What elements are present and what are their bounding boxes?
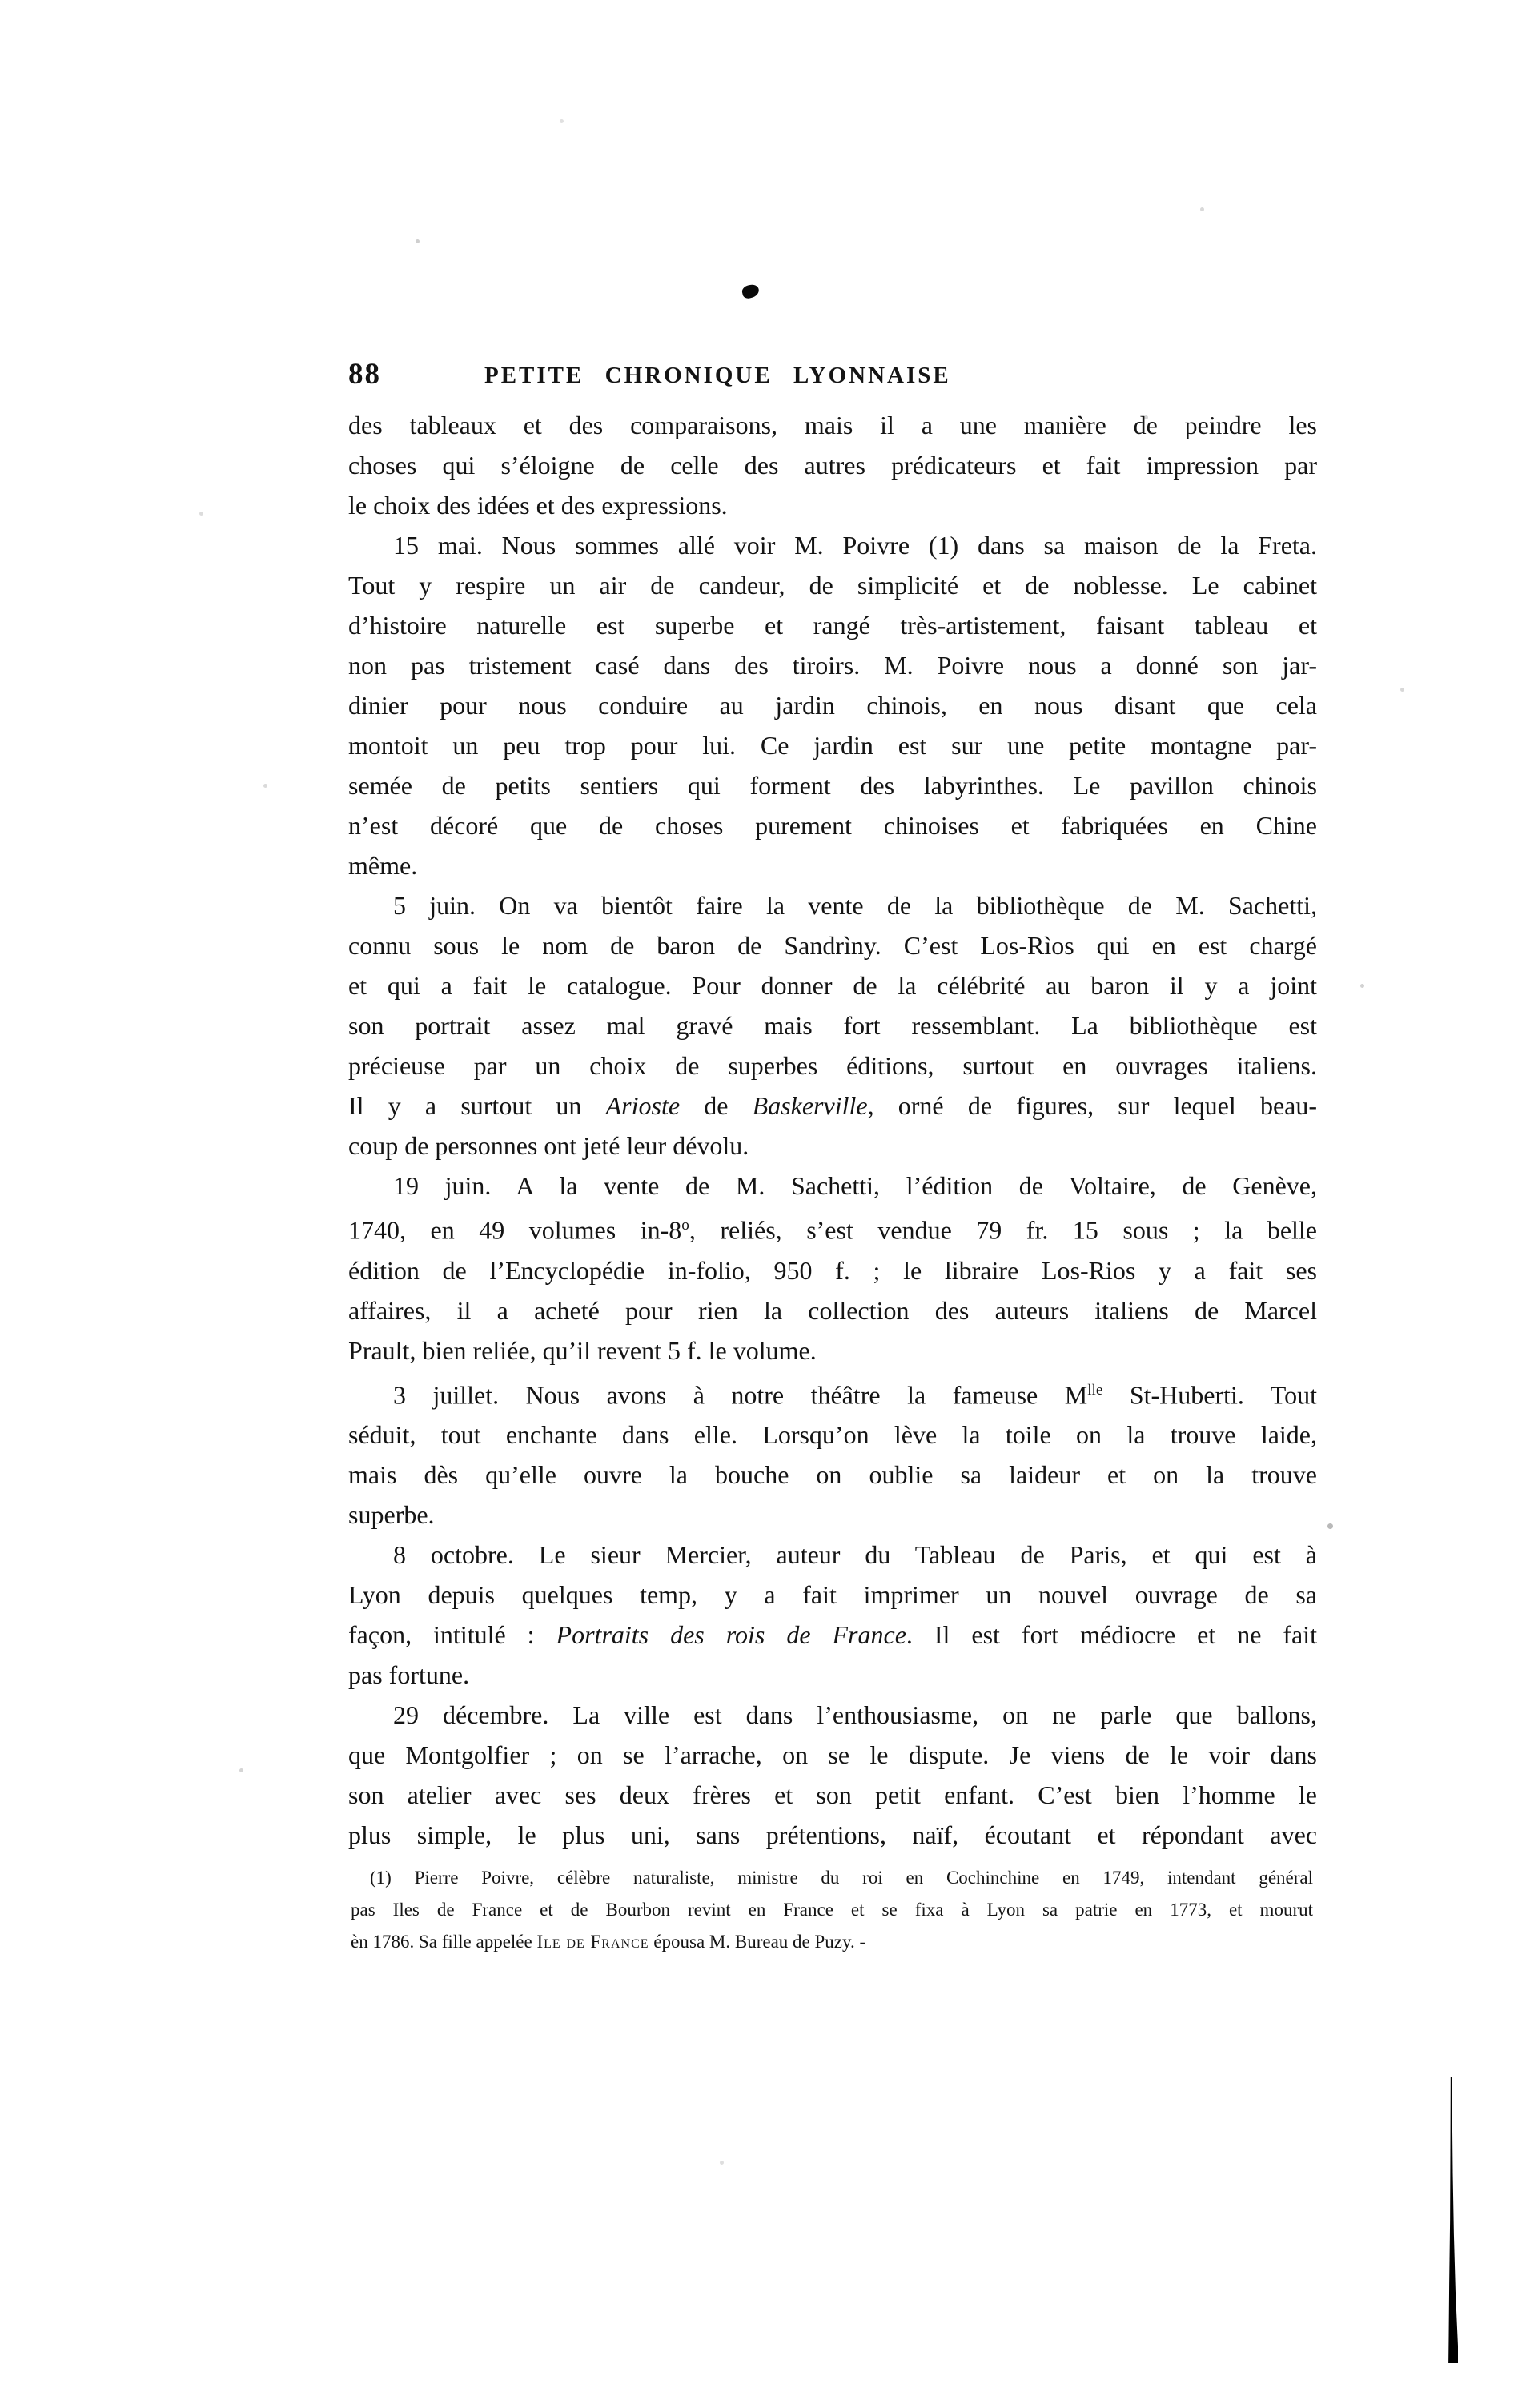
text-line: le choix des idées et des expressions.: [348, 485, 1317, 525]
text-line: pas fortune.: [348, 1655, 1317, 1695]
ink-blot-artifact: [741, 283, 760, 300]
text-segment: coup de personnes ont jeté leur dévolu.: [348, 1131, 749, 1160]
text-line: 5 juin. On va bientôt faire la vente de …: [348, 885, 1317, 925]
text-line: plus simple, le plus uni, sans prétentio…: [348, 1815, 1317, 1855]
text-segment: Lyon depuis quelques temp, y a fait impr…: [348, 1580, 1317, 1609]
text-line: mais dès qu’elle ouvre la bouche on oubl…: [348, 1455, 1317, 1495]
body-text: des tableaux et des comparaisons, mais i…: [348, 405, 1317, 1855]
text-segment: Il y a surtout un: [348, 1091, 606, 1120]
page-number: 88: [348, 357, 381, 391]
italic-text: Arioste: [606, 1091, 680, 1120]
smallcaps-text: Ile de France: [536, 1932, 649, 1952]
text-line: même.: [348, 845, 1317, 885]
scanned-book-page: 88 PETITE CHRONIQUE LYONNAISE des tablea…: [0, 0, 1522, 2408]
text-segment: St-Huberti. Tout: [1102, 1380, 1317, 1409]
text-segment: précieuse par un choix de superbes éditi…: [348, 1051, 1317, 1080]
text-line: montoit un peu trop pour lui. Ce jardin …: [348, 725, 1317, 765]
text-segment: 15 mai. Nous sommes allé voir M. Poivre …: [393, 531, 1317, 560]
text-segment: séduit, tout enchante dans elle. Lorsqu’…: [348, 1420, 1317, 1449]
text-line: son portrait assez mal gravé mais fort r…: [348, 1005, 1317, 1045]
text-line: que Montgolfier ; on se l’arrache, on se…: [348, 1735, 1317, 1775]
text-segment: non pas tristement casé dans des tiroirs…: [348, 651, 1317, 680]
text-segment: 3 juillet. Nous avons à notre théâtre la…: [393, 1380, 1087, 1409]
text-segment: Prault, bien reliée, qu’il revent 5 f. l…: [348, 1336, 817, 1365]
text-line: èn 1786. Sa fille appelée Ile de France …: [351, 1926, 1313, 1958]
text-line: affaires, il a acheté pour rien la colle…: [348, 1290, 1317, 1330]
text-segment: plus simple, le plus uni, sans prétentio…: [348, 1820, 1317, 1849]
text-line: coup de personnes ont jeté leur dévolu.: [348, 1126, 1317, 1166]
text-segment: 19 juin. A la vente de M. Sachetti, l’éd…: [393, 1171, 1317, 1200]
text-line: 19 juin. A la vente de M. Sachetti, l’éd…: [348, 1166, 1317, 1206]
text-segment: même.: [348, 851, 417, 880]
text-line: superbe.: [348, 1495, 1317, 1535]
text-segment: montoit un peu trop pour lui. Ce jardin …: [348, 731, 1317, 760]
text-segment: d’histoire naturelle est superbe et rang…: [348, 611, 1317, 640]
text-segment: le choix des idées et des expressions.: [348, 491, 728, 520]
text-segment: (1) Pierre Poivre, célèbre naturaliste, …: [370, 1868, 1313, 1888]
scan-streak-artifact: [1444, 2077, 1458, 2363]
text-segment: , orné de figures, sur lequel beau-: [868, 1091, 1317, 1120]
text-line: choses qui s’éloigne de celle des autres…: [348, 445, 1317, 485]
text-line: Lyon depuis quelques temp, y a fait impr…: [348, 1575, 1317, 1615]
text-segment: superbe.: [348, 1500, 435, 1529]
text-line: Prault, bien reliée, qu’il revent 5 f. l…: [348, 1330, 1317, 1371]
text-line: 3 juillet. Nous avons à notre théâtre la…: [348, 1371, 1317, 1415]
text-line: son atelier avec ses deux frères et son …: [348, 1775, 1317, 1815]
superscript-text: lle: [1087, 1382, 1102, 1399]
footnote: (1) Pierre Poivre, célèbre naturaliste, …: [351, 1862, 1313, 1958]
superscript-text: o: [681, 1217, 689, 1234]
text-line: édition de l’Encyclopédie in-folio, 950 …: [348, 1250, 1317, 1290]
text-segment: Tout y respire un air de candeur, de sim…: [348, 571, 1317, 600]
text-segment: . Il est fort médiocre et ne fait: [906, 1620, 1317, 1649]
text-segment: son atelier avec ses deux frères et son …: [348, 1780, 1317, 1809]
text-segment: semée de petits sentiers qui forment des…: [348, 771, 1317, 800]
text-segment: et qui a fait le catalogue. Pour donner …: [348, 971, 1317, 1000]
text-line: 1740, en 49 volumes in-8o, reliés, s’est…: [348, 1206, 1317, 1250]
text-line: semée de petits sentiers qui forment des…: [348, 765, 1317, 805]
text-line: (1) Pierre Poivre, célèbre naturaliste, …: [351, 1862, 1313, 1894]
text-line: séduit, tout enchante dans elle. Lorsqu’…: [348, 1415, 1317, 1455]
text-segment: n’est décoré que de choses purement chin…: [348, 811, 1317, 840]
text-segment: son portrait assez mal gravé mais fort r…: [348, 1011, 1317, 1040]
text-segment: des tableaux et des comparaisons, mais i…: [348, 411, 1317, 439]
text-line: façon, intitulé : Portraits des rois de …: [348, 1615, 1317, 1655]
text-line: précieuse par un choix de superbes éditi…: [348, 1045, 1317, 1086]
text-segment: édition de l’Encyclopédie in-folio, 950 …: [348, 1256, 1317, 1285]
text-line: 29 décembre. La ville est dans l’enthous…: [348, 1695, 1317, 1735]
text-line: 15 mai. Nous sommes allé voir M. Poivre …: [348, 525, 1317, 565]
text-segment: dinier pour nous conduire au jardin chin…: [348, 691, 1317, 720]
text-segment: , reliés, s’est vendue 79 fr. 15 sous ; …: [689, 1216, 1317, 1245]
text-line: pas Iles de France et de Bourbon revint …: [351, 1894, 1313, 1926]
text-segment: mais dès qu’elle ouvre la bouche on oubl…: [348, 1460, 1317, 1489]
text-line: des tableaux et des comparaisons, mais i…: [348, 405, 1317, 445]
italic-text: Baskerville: [753, 1091, 868, 1120]
text-segment: de: [680, 1091, 753, 1120]
italic-text: Portraits des rois de France: [556, 1620, 906, 1649]
text-line: connu sous le nom de baron de Sandrìny. …: [348, 925, 1317, 965]
text-line: 8 octobre. Le sieur Mercier, auteur du T…: [348, 1535, 1317, 1575]
text-segment: èn 1786. Sa fille appelée: [351, 1932, 536, 1952]
text-line: d’histoire naturelle est superbe et rang…: [348, 605, 1317, 645]
text-segment: pas Iles de France et de Bourbon revint …: [351, 1900, 1313, 1920]
text-line: Tout y respire un air de candeur, de sim…: [348, 565, 1317, 605]
text-segment: affaires, il a acheté pour rien la colle…: [348, 1296, 1317, 1325]
running-title: PETITE CHRONIQUE LYONNAISE: [484, 363, 951, 389]
text-segment: façon, intitulé :: [348, 1620, 556, 1649]
text-segment: 1740, en 49 volumes in-8: [348, 1216, 681, 1245]
text-line: n’est décoré que de choses purement chin…: [348, 805, 1317, 845]
text-line: et qui a fait le catalogue. Pour donner …: [348, 965, 1317, 1005]
text-segment: que Montgolfier ; on se l’arrache, on se…: [348, 1740, 1317, 1769]
text-line: non pas tristement casé dans des tiroirs…: [348, 645, 1317, 685]
text-segment: 8 octobre. Le sieur Mercier, auteur du T…: [393, 1540, 1317, 1569]
text-segment: connu sous le nom de baron de Sandrìny. …: [348, 931, 1317, 960]
scan-speckles: [0, 0, 2, 2]
text-segment: épousa M. Bureau de Puzy. -: [649, 1932, 866, 1952]
text-segment: choses qui s’éloigne de celle des autres…: [348, 451, 1317, 480]
text-segment: pas fortune.: [348, 1660, 469, 1689]
text-line: Il y a surtout un Arioste de Baskerville…: [348, 1086, 1317, 1126]
page-header: 88 PETITE CHRONIQUE LYONNAISE: [348, 357, 1317, 394]
text-segment: 5 juin. On va bientôt faire la vente de …: [393, 891, 1317, 920]
text-segment: 29 décembre. La ville est dans l’enthous…: [393, 1700, 1317, 1729]
text-line: dinier pour nous conduire au jardin chin…: [348, 685, 1317, 725]
